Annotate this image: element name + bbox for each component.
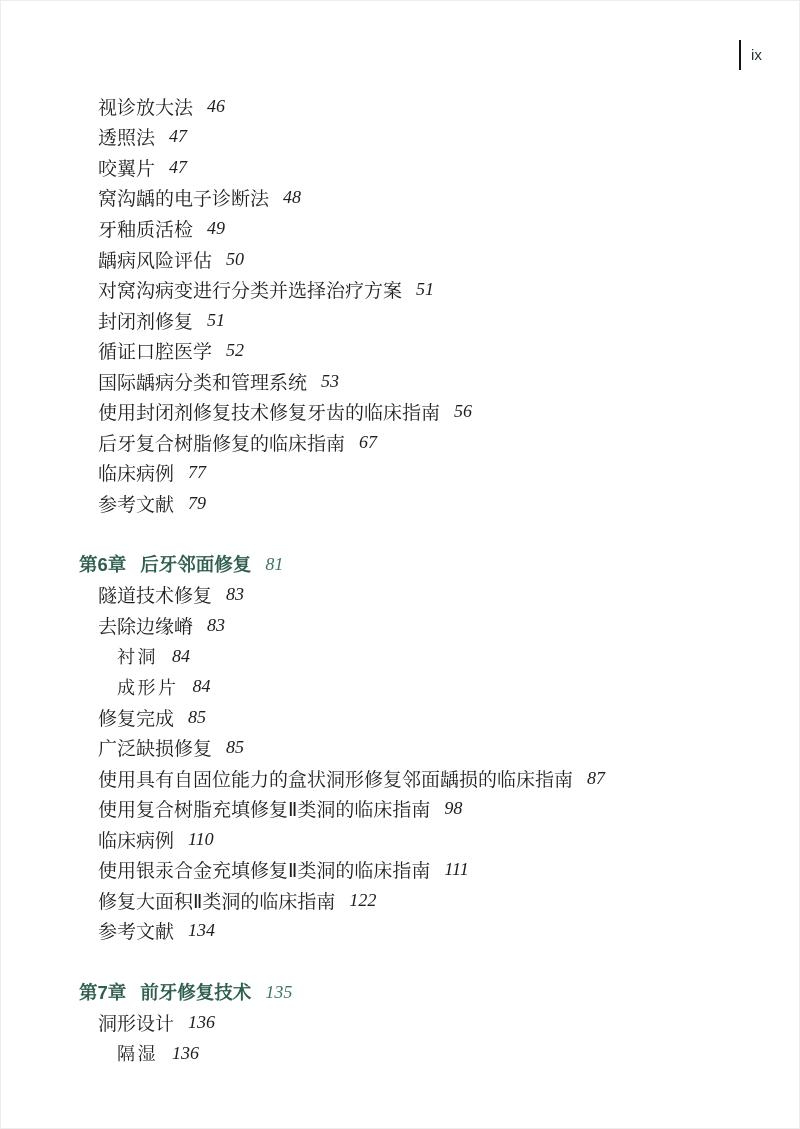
toc-entry-label: 对窝沟病变进行分类并选择治疗方案: [98, 276, 402, 303]
chapter-page-number: 135: [265, 982, 292, 1003]
chapter-title: 后牙邻面修复: [140, 551, 251, 577]
toc-entry: 临床病例110: [1, 824, 799, 855]
toc-entry-page-number: 47: [169, 126, 187, 147]
toc-entry-label: 使用复合树脂充填修复Ⅱ类洞的临床指南: [98, 795, 430, 822]
toc-entry-label: 使用具有自固位能力的盒状洞形修复邻面龋损的临床指南: [98, 765, 573, 792]
toc-entry: 窝沟龋的电子诊断法48: [1, 183, 799, 214]
toc-entry-page-number: 136: [188, 1012, 215, 1033]
toc-entry: 牙釉质活检49: [1, 213, 799, 244]
toc-entry-page-number: 48: [283, 187, 301, 208]
toc-entry-page-number: 85: [226, 737, 244, 758]
toc-entry-label: 广泛缺损修复: [98, 734, 212, 761]
toc-entry: 修复大面积Ⅱ类洞的临床指南122: [1, 885, 799, 916]
chapter-number-label: 第7章: [79, 979, 126, 1005]
toc-entry: 对窝沟病变进行分类并选择治疗方案51: [1, 274, 799, 305]
toc-entry-label: 隔湿: [117, 1040, 158, 1066]
toc-entry-page-number: 46: [207, 96, 225, 117]
toc-entry: 使用复合树脂充填修复Ⅱ类洞的临床指南98: [1, 794, 799, 825]
folio-area: ix: [739, 40, 762, 70]
toc-entry: 封闭剂修复51: [1, 305, 799, 336]
toc-entry-label: 成形片: [117, 674, 179, 700]
toc-entry: 洞形设计136: [1, 1007, 799, 1038]
toc-entry-label: 修复大面积Ⅱ类洞的临床指南: [98, 887, 335, 914]
toc-entry-page-number: 50: [226, 249, 244, 270]
toc-entry: 去除边缘嵴83: [1, 610, 799, 641]
page-number: ix: [751, 48, 762, 63]
toc-entry: 广泛缺损修复85: [1, 732, 799, 763]
toc-entry-page-number: 79: [188, 493, 206, 514]
toc-entry-page-number: 67: [359, 432, 377, 453]
toc-entry-page-number: 134: [188, 920, 215, 941]
toc-entry-page-number: 122: [349, 890, 376, 911]
toc-entry-label: 临床病例: [98, 459, 174, 486]
toc-entry-page-number: 77: [188, 462, 206, 483]
toc-entry: 透照法47: [1, 122, 799, 153]
chapter-heading: 第7章前牙修复技术135: [1, 977, 799, 1008]
toc-entry-label: 洞形设计: [98, 1009, 174, 1036]
toc-entry: 咬翼片47: [1, 152, 799, 183]
toc-entry: 视诊放大法46: [1, 91, 799, 122]
toc-entry-page-number: 136: [172, 1043, 199, 1064]
toc-entry-label: 使用封闭剂修复技术修复牙齿的临床指南: [98, 398, 440, 425]
toc-entry-page-number: 52: [226, 340, 244, 361]
toc-entry: 国际龋病分类和管理系统53: [1, 366, 799, 397]
toc-entry-page-number: 83: [207, 615, 225, 636]
chapter-number-label: 第6章: [79, 551, 126, 577]
toc-entry: 使用封闭剂修复技术修复牙齿的临床指南56: [1, 396, 799, 427]
toc-entry: 隔湿136: [1, 1038, 799, 1069]
toc-entry: 隧道技术修复83: [1, 580, 799, 611]
book-toc-page: ix 视诊放大法46透照法47咬翼片47窝沟龋的电子诊断法48牙釉质活检49龋病…: [0, 0, 800, 1129]
toc-entry-page-number: 84: [172, 646, 190, 667]
toc-entry-label: 参考文献: [98, 490, 174, 517]
toc-entry: 使用具有自固位能力的盒状洞形修复邻面龋损的临床指南87: [1, 763, 799, 794]
toc-entry-page-number: 83: [226, 584, 244, 605]
toc-entry-label: 修复完成: [98, 704, 174, 731]
toc-entry: 修复完成85: [1, 702, 799, 733]
chapter-title: 前牙修复技术: [140, 979, 251, 1005]
toc-entry-label: 透照法: [98, 123, 155, 150]
toc-entry: 衬洞84: [1, 641, 799, 672]
toc-entry-label: 咬翼片: [98, 154, 155, 181]
chapter-heading: 第6章后牙邻面修复81: [1, 549, 799, 580]
toc-entry-page-number: 53: [321, 371, 339, 392]
toc-entry-page-number: 85: [188, 707, 206, 728]
toc-entry-label: 循证口腔医学: [98, 337, 212, 364]
toc-entry-page-number: 87: [587, 768, 605, 789]
toc-entry-page-number: 110: [188, 829, 214, 850]
toc-entry: 使用银汞合金充填修复Ⅱ类洞的临床指南111: [1, 855, 799, 886]
toc-entry-label: 使用银汞合金充填修复Ⅱ类洞的临床指南: [98, 856, 430, 883]
toc-entry-page-number: 51: [207, 310, 225, 331]
folio-divider-rule: [739, 40, 741, 70]
toc-entry: 后牙复合树脂修复的临床指南67: [1, 427, 799, 458]
toc-entry: 临床病例77: [1, 458, 799, 489]
toc-entry-label: 衬洞: [117, 643, 158, 669]
toc-entry: 循证口腔医学52: [1, 335, 799, 366]
toc-entry-label: 参考文献: [98, 917, 174, 944]
toc-entry-label: 视诊放大法: [98, 93, 193, 120]
toc-entry: 龋病风险评估50: [1, 244, 799, 275]
table-of-contents: 视诊放大法46透照法47咬翼片47窝沟龋的电子诊断法48牙釉质活检49龋病风险评…: [1, 91, 799, 1068]
chapter-page-number: 81: [265, 554, 283, 575]
toc-entry-label: 封闭剂修复: [98, 307, 193, 334]
toc-entry-page-number: 51: [416, 279, 434, 300]
toc-entry-page-number: 98: [444, 798, 462, 819]
toc-entry-label: 窝沟龋的电子诊断法: [98, 184, 269, 211]
toc-entry-label: 去除边缘嵴: [98, 612, 193, 639]
toc-entry-label: 后牙复合树脂修复的临床指南: [98, 429, 345, 456]
toc-entry-page-number: 84: [193, 676, 211, 697]
toc-entry-page-number: 47: [169, 157, 187, 178]
toc-entry: 参考文献134: [1, 916, 799, 947]
toc-entry-label: 隧道技术修复: [98, 581, 212, 608]
toc-entry-label: 龋病风险评估: [98, 246, 212, 273]
toc-entry-page-number: 111: [444, 859, 468, 880]
toc-entry-label: 国际龋病分类和管理系统: [98, 368, 307, 395]
toc-entry-page-number: 56: [454, 401, 472, 422]
toc-entry-label: 牙釉质活检: [98, 215, 193, 242]
toc-entry-page-number: 49: [207, 218, 225, 239]
toc-entry: 参考文献79: [1, 488, 799, 519]
toc-entry: 成形片84: [1, 671, 799, 702]
toc-entry-label: 临床病例: [98, 826, 174, 853]
